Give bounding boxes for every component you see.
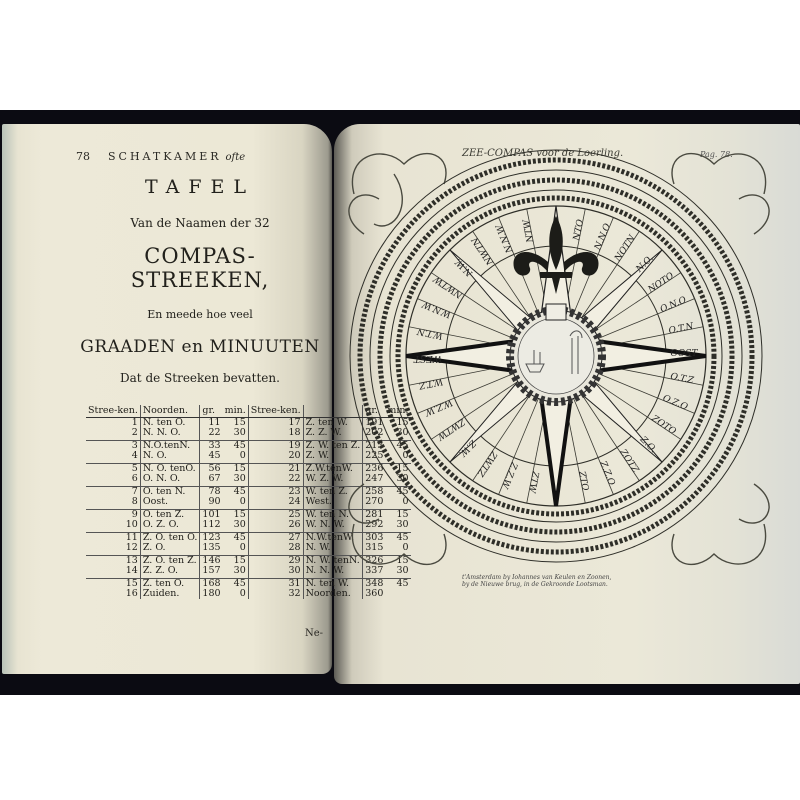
title-tafel: TAFEL	[80, 176, 320, 198]
compass-point-label: ZTW	[526, 469, 540, 494]
compass-point-label: Z.Z.W	[499, 460, 519, 491]
compass-point-label: ZTO	[576, 470, 590, 493]
compass-point-label: WEST	[413, 353, 442, 363]
table-cell: O. N. O.	[140, 474, 200, 487]
table-cell: 4	[86, 451, 140, 464]
table-cell: Z. Z. O.	[140, 566, 200, 579]
compass-point-label: OOST	[671, 349, 699, 359]
table-cell: 0	[223, 589, 249, 599]
table-cell: Noorden.	[303, 589, 363, 599]
table-cell: 0	[223, 497, 249, 510]
col-header-gr: gr.	[200, 405, 223, 418]
table-cell: 360	[363, 589, 386, 599]
imprint-line-1: t'Amsterdam by Iohannes van Keulen en Zo…	[462, 574, 611, 581]
title-van-de-naamen: Van de Naamen der 32	[80, 216, 320, 230]
table-cell	[385, 589, 410, 599]
compass-point-label: NWTN	[470, 234, 497, 267]
table-cell: O. Z. O.	[140, 520, 200, 533]
table-cell: 18	[248, 428, 303, 441]
compass-point-label: NOTO	[646, 271, 677, 296]
title-graaden-minuuten: GRAADEN en MINUUTEN	[80, 337, 320, 357]
col-header-min: min.	[223, 405, 249, 418]
compass-point-label: N.N.O	[593, 222, 613, 253]
title-en-meede: En meede hoe veel	[80, 308, 320, 321]
table-cell: 16	[86, 589, 140, 599]
compass-point-label: O.Z.O	[661, 394, 689, 413]
compass-point-label: W.Z.W	[423, 397, 454, 418]
compass-point-label: Z.Z.O	[597, 459, 617, 488]
imprint-line-2: by de Nieuwe brug, in de Gekroonde Loots…	[462, 581, 611, 588]
table-cell: 24	[248, 497, 303, 510]
compass-point-label: ZWTW	[434, 416, 467, 442]
compass-point-label: W.N.W	[421, 298, 453, 319]
table-cell: 20	[248, 451, 303, 464]
compass-point-label: O.T.Z	[669, 372, 695, 387]
table-cell: 135	[200, 543, 223, 556]
compass-point-label: W.T.Z	[417, 376, 444, 391]
table-cell: 30	[248, 566, 303, 579]
table-cell: 30	[223, 428, 249, 441]
table-cell: 0	[223, 451, 249, 464]
compass-point-label: NTO	[572, 218, 586, 242]
table-cell: 30	[223, 520, 249, 533]
table-cell: 32	[248, 589, 303, 599]
table-cell: 157	[200, 566, 223, 579]
table-cell: 45	[200, 451, 223, 464]
table-cell: 6	[86, 474, 140, 487]
table-cell: 8	[86, 497, 140, 510]
compass-point-label: O.T.N	[668, 321, 696, 336]
table-cell: 10	[86, 520, 140, 533]
catchword: Ne-	[305, 628, 323, 639]
running-head: 78SCHATKAMERofte	[76, 150, 316, 163]
table-cell: 30	[223, 474, 249, 487]
table-cell: 0	[223, 543, 249, 556]
running-head-title: SCHATKAMER	[108, 150, 222, 163]
table-cell: 2	[86, 428, 140, 441]
col-header-streeken: Stree-ken.	[86, 405, 140, 418]
table-cell: 67	[200, 474, 223, 487]
table-cell: 14	[86, 566, 140, 579]
compass-point-label: NOTN	[613, 233, 639, 265]
table-cell: 26	[248, 520, 303, 533]
table-cell: N. N. O.	[140, 428, 200, 441]
table-cell: 28	[248, 543, 303, 556]
compass-point-label: O.N.O	[659, 295, 689, 315]
compass-point-label: ZOTZ	[617, 447, 641, 476]
compass-point-label: NWTW	[432, 273, 466, 300]
table-cell: 22	[248, 474, 303, 487]
table-cell: 90	[200, 497, 223, 510]
col-header-streeken-2: Stree-ken.	[248, 405, 303, 418]
compass-point-label: NTW	[522, 218, 537, 244]
title-block: TAFEL Van de Naamen der 32 COMPAS-STREEK…	[80, 170, 320, 385]
table-row: 16Zuiden.180032Noorden.360	[86, 589, 411, 599]
compass-point-label: W.T.N	[415, 325, 444, 340]
compass-point-label: N.N.W	[495, 222, 516, 255]
compass-point-label: ZWTZ	[474, 448, 499, 478]
engraver-imprint: t'Amsterdam by Iohannes van Keulen en Zo…	[462, 574, 611, 588]
table-cell: N. O.	[140, 451, 200, 464]
table-cell: 180	[200, 589, 223, 599]
table-cell: Z. O.	[140, 543, 200, 556]
compass-point-label: ZOTO	[649, 413, 678, 437]
title-dat-de-streeken: Dat de Streeken bevatten.	[80, 371, 320, 385]
page-number: 78	[76, 150, 90, 163]
table-cell: 22	[200, 428, 223, 441]
table-cell: 12	[86, 543, 140, 556]
compass-rose-engraving: N.O.NOTOO.N.OO.T.NOOSTO.T.ZO.Z.OZOTOZ.O.…	[334, 124, 784, 584]
table-cell: Zuiden.	[140, 589, 200, 599]
title-compas-streeken: COMPAS-STREEKEN,	[80, 244, 320, 292]
table-cell: 30	[223, 566, 249, 579]
table-cell: Oost.	[140, 497, 200, 510]
col-header-noorden: Noorden.	[140, 405, 200, 418]
table-cell: 112	[200, 520, 223, 533]
running-head-suffix: ofte	[226, 152, 246, 163]
